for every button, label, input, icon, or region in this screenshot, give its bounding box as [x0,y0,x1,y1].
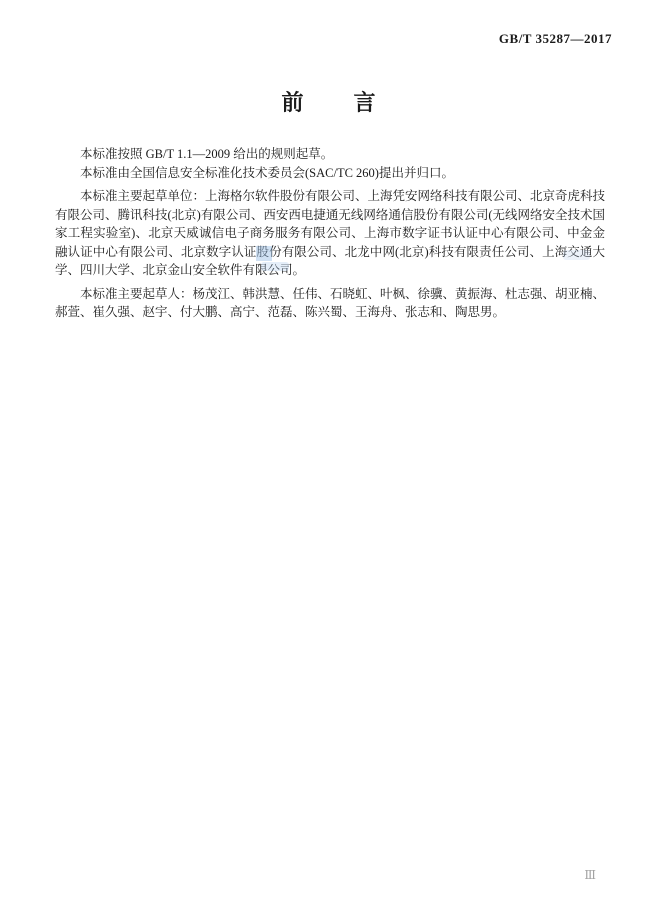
page-number: Ⅲ [584,868,597,883]
paragraph-proposed-by: 本标准由全国信息安全标准化技术委员会(SAC/TC 260)提出并归口。 [55,164,605,183]
paragraph-drafting-organizations: 本标准主要起草单位：上海格尔软件股份有限公司、上海凭安网络科技有限公司、北京奇虎… [55,187,605,280]
standard-code-header: GB/T 35287—2017 [499,31,612,47]
page-title-foreword: 前 言 [0,86,659,117]
document-page: GB/T 35287—2017 前 言 本标准按照 GB/T 1.1—2009 … [0,0,659,908]
paragraph-drafting-rule: 本标准按照 GB/T 1.1—2009 给出的规则起草。 [55,145,605,164]
paragraph-drafters: 本标准主要起草人：杨茂江、韩洪慧、任伟、石晓虹、叶枫、徐骥、黄振海、杜志强、胡亚… [55,285,605,322]
foreword-body: 本标准按照 GB/T 1.1—2009 给出的规则起草。 本标准由全国信息安全标… [55,145,605,322]
